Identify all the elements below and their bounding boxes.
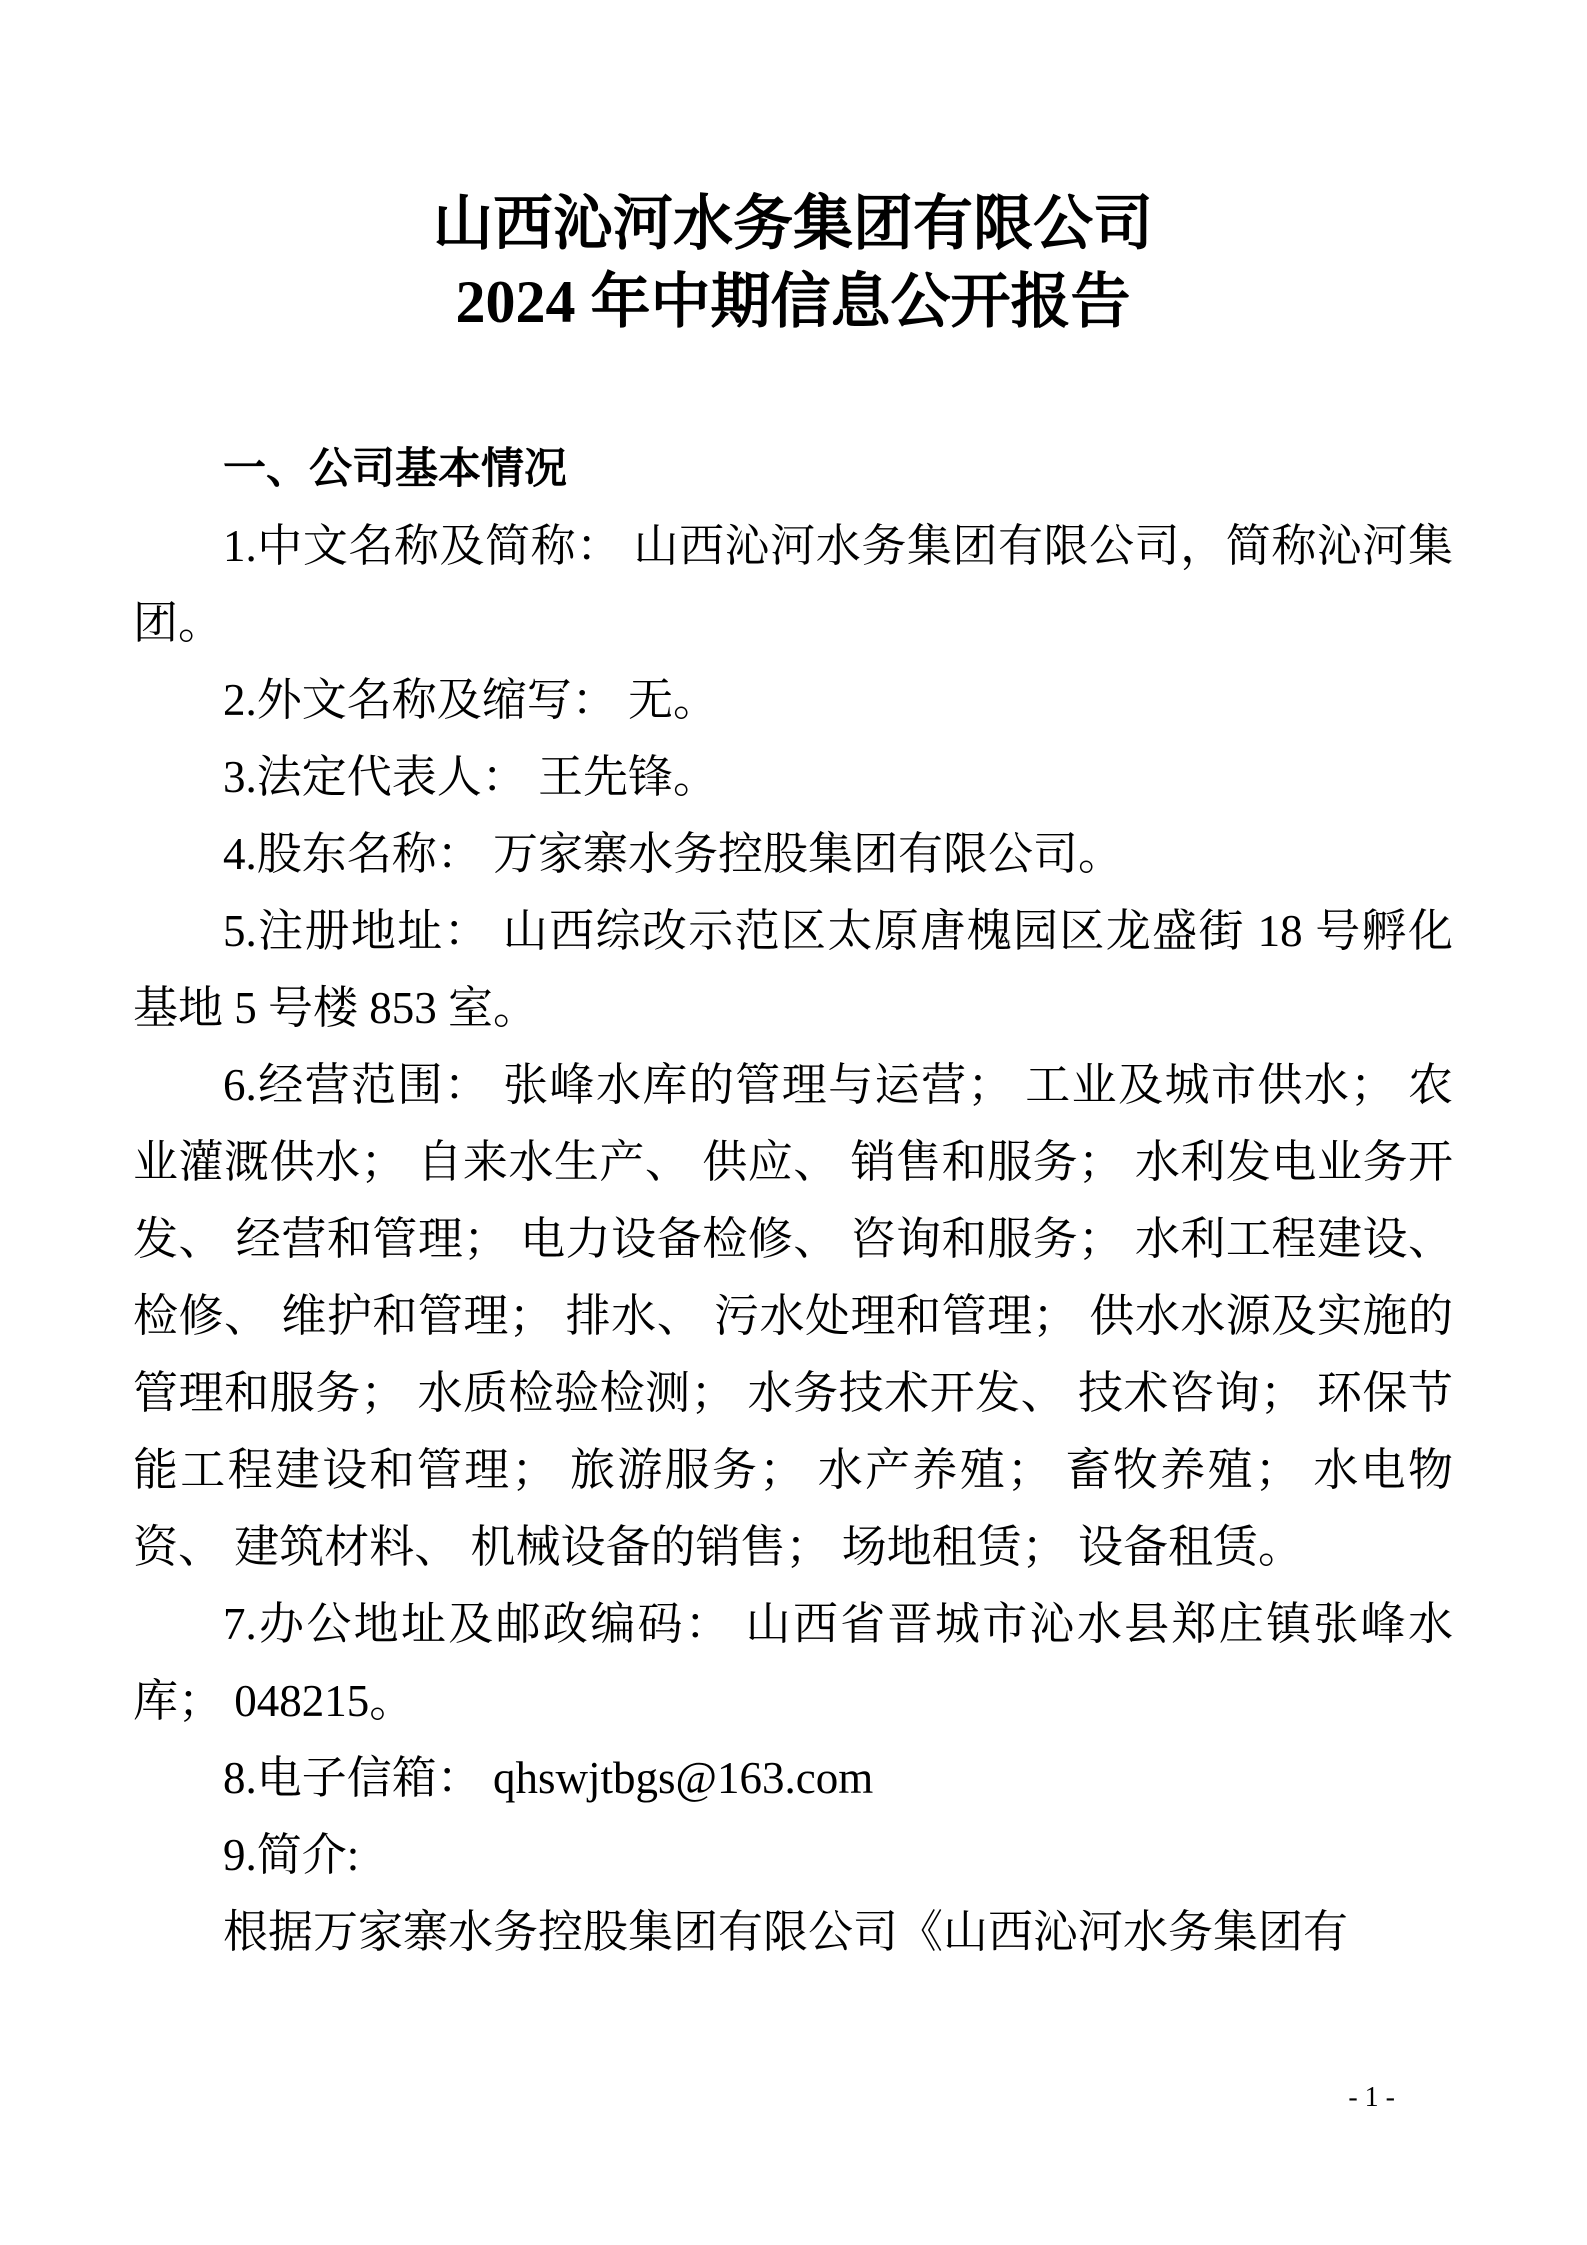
document-title: 山西沁河水务集团有限公司 2024 年中期信息公开报告 — [133, 185, 1453, 341]
section-heading: 一、公司基本情况 — [133, 431, 1453, 508]
document-title-line-1: 山西沁河水务集团有限公司 — [433, 191, 1153, 257]
paragraph-chinese-name: 1.中文名称及简称： 山西沁河水务集团有限公司，简称沁河集团。 — [133, 508, 1453, 662]
paragraph-intro-label: 9.简介: — [133, 1817, 1453, 1894]
paragraph-intro-text: 根据万家寨水务控股集团有限公司《山西沁河水务集团有 — [133, 1894, 1453, 1971]
paragraph-office-address: 7.办公地址及邮政编码： 山西省晋城市沁水县郑庄镇张峰水库； 048215。 — [133, 1586, 1453, 1740]
paragraph-business-scope: 6.经营范围： 张峰水库的管理与运营； 工业及城市供水； 农业灌溉供水； 自来水… — [133, 1047, 1453, 1586]
paragraph-email: 8.电子信箱： qhswjtbgs@163.com — [133, 1740, 1453, 1817]
paragraph-registered-address: 5.注册地址： 山西综改示范区太原唐槐园区龙盛街 18 号孵化基地 5 号楼 8… — [133, 893, 1453, 1047]
document-title-line-2: 2024 年中期信息公开报告 — [456, 269, 1131, 335]
page-number: - 1 - — [1348, 2082, 1395, 2114]
paragraph-foreign-name: 2.外文名称及缩写： 无。 — [133, 662, 1453, 739]
paragraph-shareholder: 4.股东名称： 万家寨水务控股集团有限公司。 — [133, 816, 1453, 893]
paragraph-legal-representative: 3.法定代表人： 王先锋。 — [133, 739, 1453, 816]
document-content: 山西沁河水务集团有限公司 2024 年中期信息公开报告 一、公司基本情况 1.中… — [133, 0, 1453, 1971]
document-page: 山西沁河水务集团有限公司 2024 年中期信息公开报告 一、公司基本情况 1.中… — [0, 0, 1587, 2245]
